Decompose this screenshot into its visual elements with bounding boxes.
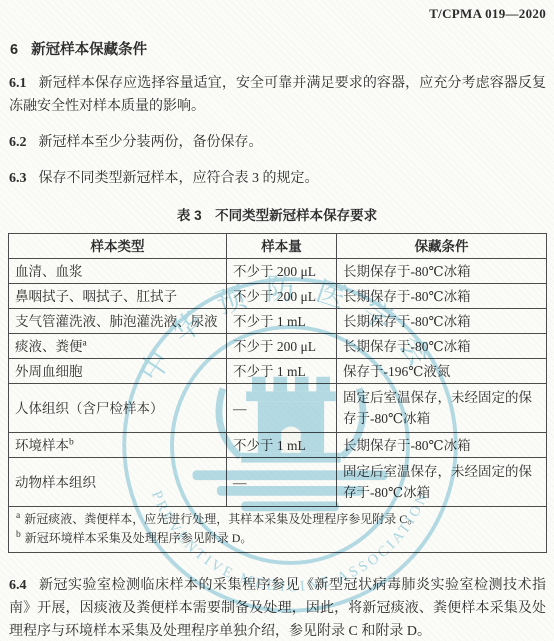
clause-number: 6.2	[9, 135, 27, 150]
footnote-b: b新冠环境样本采集及处理程序参见附录 D。	[16, 529, 539, 548]
clause-6-1: 6.1新冠样本保存应选择容量适宜，安全可靠并满足要求的容器，应充分考虑容器反复冻…	[9, 72, 546, 118]
table-footnote-row: a新冠痰液、粪便样本，应先进行处理，其样本采集及处理程序参见附录 C。 b新冠环…	[9, 507, 547, 553]
section-heading: 6新冠样本保藏条件	[10, 38, 546, 59]
cell-storage-condition: 长期保存于-80℃冰箱	[337, 259, 547, 284]
table-footnotes: a新冠痰液、粪便样本，应先进行处理，其样本采集及处理程序参见附录 C。 b新冠环…	[9, 507, 547, 553]
clause-text: 保存不同类型新冠样本，应符合表 3 的规定。	[39, 171, 319, 186]
cell-storage-condition: 长期保存于-80℃冰箱	[337, 433, 547, 458]
table-caption: 表 3 不同类型新冠样本保存要求	[8, 204, 546, 224]
cell-sample-amount: 不少于 1 mL	[227, 359, 337, 384]
cell-storage-condition: 固定后室温保存，未经固定的保存于-80℃冰箱	[337, 384, 547, 433]
cell-sample-type: 痰液、粪便a	[9, 334, 227, 359]
table-row: 鼻咽拭子、咽拭子、肛拭子 不少于 200 μL 长期保存于-80℃冰箱	[9, 284, 547, 309]
section-number: 6	[10, 42, 18, 58]
table-row: 外周血细胞 不少于 1 mL 保存于-196℃液氮	[9, 359, 547, 384]
cell-sample-type: 人体组织（含尸检样本）	[9, 384, 227, 433]
section-title: 新冠样本保藏条件	[31, 42, 147, 58]
col-header-sample-type: 样本类型	[9, 234, 227, 259]
clause-6-3: 6.3保存不同类型新冠样本，应符合表 3 的规定。	[9, 167, 546, 190]
cell-storage-condition: 保存于-196℃液氮	[337, 359, 547, 384]
document-page: T/CPMA 019—2020 6新冠样本保藏条件 6.1新冠样本保存应选择容量…	[0, 0, 554, 641]
cell-sample-amount: 不少于 200 μL	[227, 284, 337, 309]
table-row: 人体组织（含尸检样本） — 固定后室温保存，未经固定的保存于-80℃冰箱	[9, 384, 547, 433]
cell-sample-type: 支气管灌洗液、肺泡灌洗液、尿液	[9, 309, 227, 334]
table-row: 痰液、粪便a 不少于 200 μL 长期保存于-80℃冰箱	[9, 334, 547, 359]
sample-storage-table: 样本类型 样本量 保藏条件 血清、血浆 不少于 200 μL 长期保存于-80℃…	[8, 233, 547, 553]
table-row: 支气管灌洗液、肺泡灌洗液、尿液 不少于 1 mL 长期保存于-80℃冰箱	[9, 309, 547, 334]
cell-sample-amount: 不少于 200 μL	[227, 259, 337, 284]
clause-number: 6.4	[9, 578, 27, 593]
clause-6-4: 6.4新冠实验室检测临床样本的采集程序参见《新型冠状病毒肺炎实验室检测技术指南》…	[9, 574, 546, 641]
cell-sample-type: 动物样本组织	[9, 458, 227, 507]
cell-sample-amount: 不少于 200 μL	[227, 334, 337, 359]
cell-storage-condition: 长期保存于-80℃冰箱	[337, 334, 547, 359]
cell-sample-type: 外周血细胞	[9, 359, 227, 384]
cell-storage-condition: 长期保存于-80℃冰箱	[337, 309, 547, 334]
cell-sample-amount: 不少于 1 mL	[227, 309, 337, 334]
clause-text: 新冠实验室检测临床样本的采集程序参见《新型冠状病毒肺炎实验室检测技术指南》开展，…	[9, 578, 546, 639]
cell-sample-type: 环境样本b	[9, 433, 227, 458]
col-header-storage-condition: 保藏条件	[337, 234, 547, 259]
cell-sample-amount: 不少于 1 mL	[227, 433, 337, 458]
cell-storage-condition: 长期保存于-80℃冰箱	[337, 284, 547, 309]
clause-6-2: 6.2新冠样本至少分装两份，备份保存。	[9, 131, 546, 154]
cell-sample-type: 血清、血浆	[9, 259, 227, 284]
clause-text: 新冠样本保存应选择容量适宜，安全可靠并满足要求的容器，应充分考虑容器反复冻融安全…	[9, 76, 546, 114]
footnote-a: a新冠痰液、粪便样本，应先进行处理，其样本采集及处理程序参见附录 C。	[16, 510, 539, 529]
table-row: 动物样本组织 — 固定后室温保存，未经固定的保存于-80℃冰箱	[9, 458, 547, 507]
table-row: 血清、血浆 不少于 200 μL 长期保存于-80℃冰箱	[9, 259, 547, 284]
standard-number: T/CPMA 019—2020	[8, 6, 546, 22]
cell-storage-condition: 固定后室温保存，未经固定的保存于-80℃冰箱	[337, 458, 547, 507]
cell-sample-type: 鼻咽拭子、咽拭子、肛拭子	[9, 284, 227, 309]
table-header-row: 样本类型 样本量 保藏条件	[9, 234, 547, 259]
cell-sample-amount: —	[227, 384, 337, 433]
clause-number: 6.1	[9, 76, 27, 91]
table-row: 环境样本b 不少于 1 mL 长期保存于-80℃冰箱	[9, 433, 547, 458]
cell-sample-amount: —	[227, 458, 337, 507]
clause-text: 新冠样本至少分装两份，备份保存。	[39, 135, 263, 150]
clause-number: 6.3	[9, 171, 27, 186]
col-header-sample-amount: 样本量	[227, 234, 337, 259]
